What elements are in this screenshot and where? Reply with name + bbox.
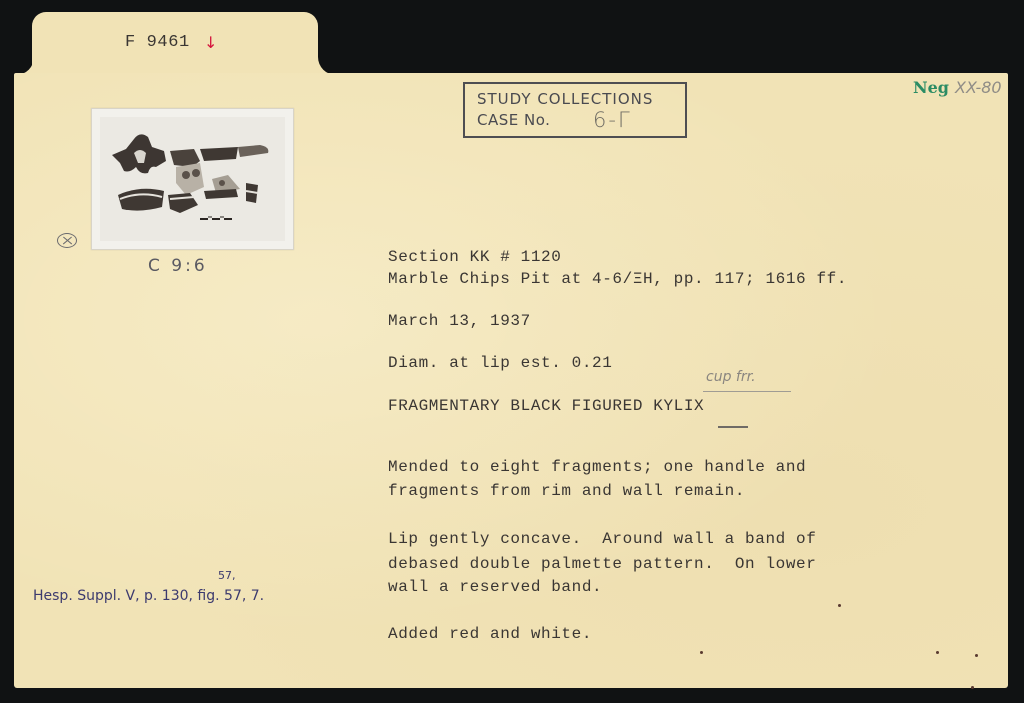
ink-spot [936,651,939,654]
catalog-number: F 9461 [125,33,190,52]
description-line: debased double palmette pattern. On lowe… [388,555,816,573]
photo-image-area [100,117,285,241]
note-underline [703,391,791,392]
bibliography-correction: 57, [218,569,236,582]
study-collections-stamp: STUDY COLLECTIONS CASE No. 6-Γ [463,82,687,138]
dimensions: Diam. at lip est. 0.21 [388,354,612,372]
stamp-case-label: CASE No. [477,109,675,131]
handwritten-note: cup frr. [706,369,756,385]
artifact-photo [91,108,294,250]
crossed-circle-icon [57,233,77,248]
excavation-date: March 13, 1937 [388,312,531,330]
ink-spot [838,604,841,607]
ink-spot [700,651,703,654]
ink-spot [971,686,974,689]
bibliography-reference: Hesp. Suppl. V, p. 130, fig. 57, 7. [33,588,264,604]
title-underline [718,426,748,428]
section-number: Section KK # 1120 [388,248,561,266]
stamp-case-value: 6-Γ [593,108,632,132]
red-check-mark-icon: ↓ [204,33,217,52]
description-line: Lip gently concave. Around wall a band o… [388,530,816,548]
negative-label: Neg [913,78,949,97]
ink-spot [975,654,978,657]
document-viewer: F 9461 ↓ STUDY COLLECTIONS CASE No. 6-Γ … [0,0,1024,703]
description-line: Added red and white. [388,625,592,643]
description-line: Mended to eight fragments; one handle an… [388,458,806,476]
negative-number: XX-80 [955,78,1002,97]
stamp-title: STUDY COLLECTIONS [477,90,675,109]
description-line: wall a reserved band. [388,578,602,596]
object-title: FRAGMENTARY BLACK FIGURED KYLIX [388,397,704,415]
description-line: fragments from rim and wall remain. [388,482,745,500]
photo-reference: C 9:6 [148,256,208,276]
excavation-context: Marble Chips Pit at 4-6/ΞH, pp. 117; 161… [388,270,847,288]
kylix-fragments-image [100,117,287,243]
